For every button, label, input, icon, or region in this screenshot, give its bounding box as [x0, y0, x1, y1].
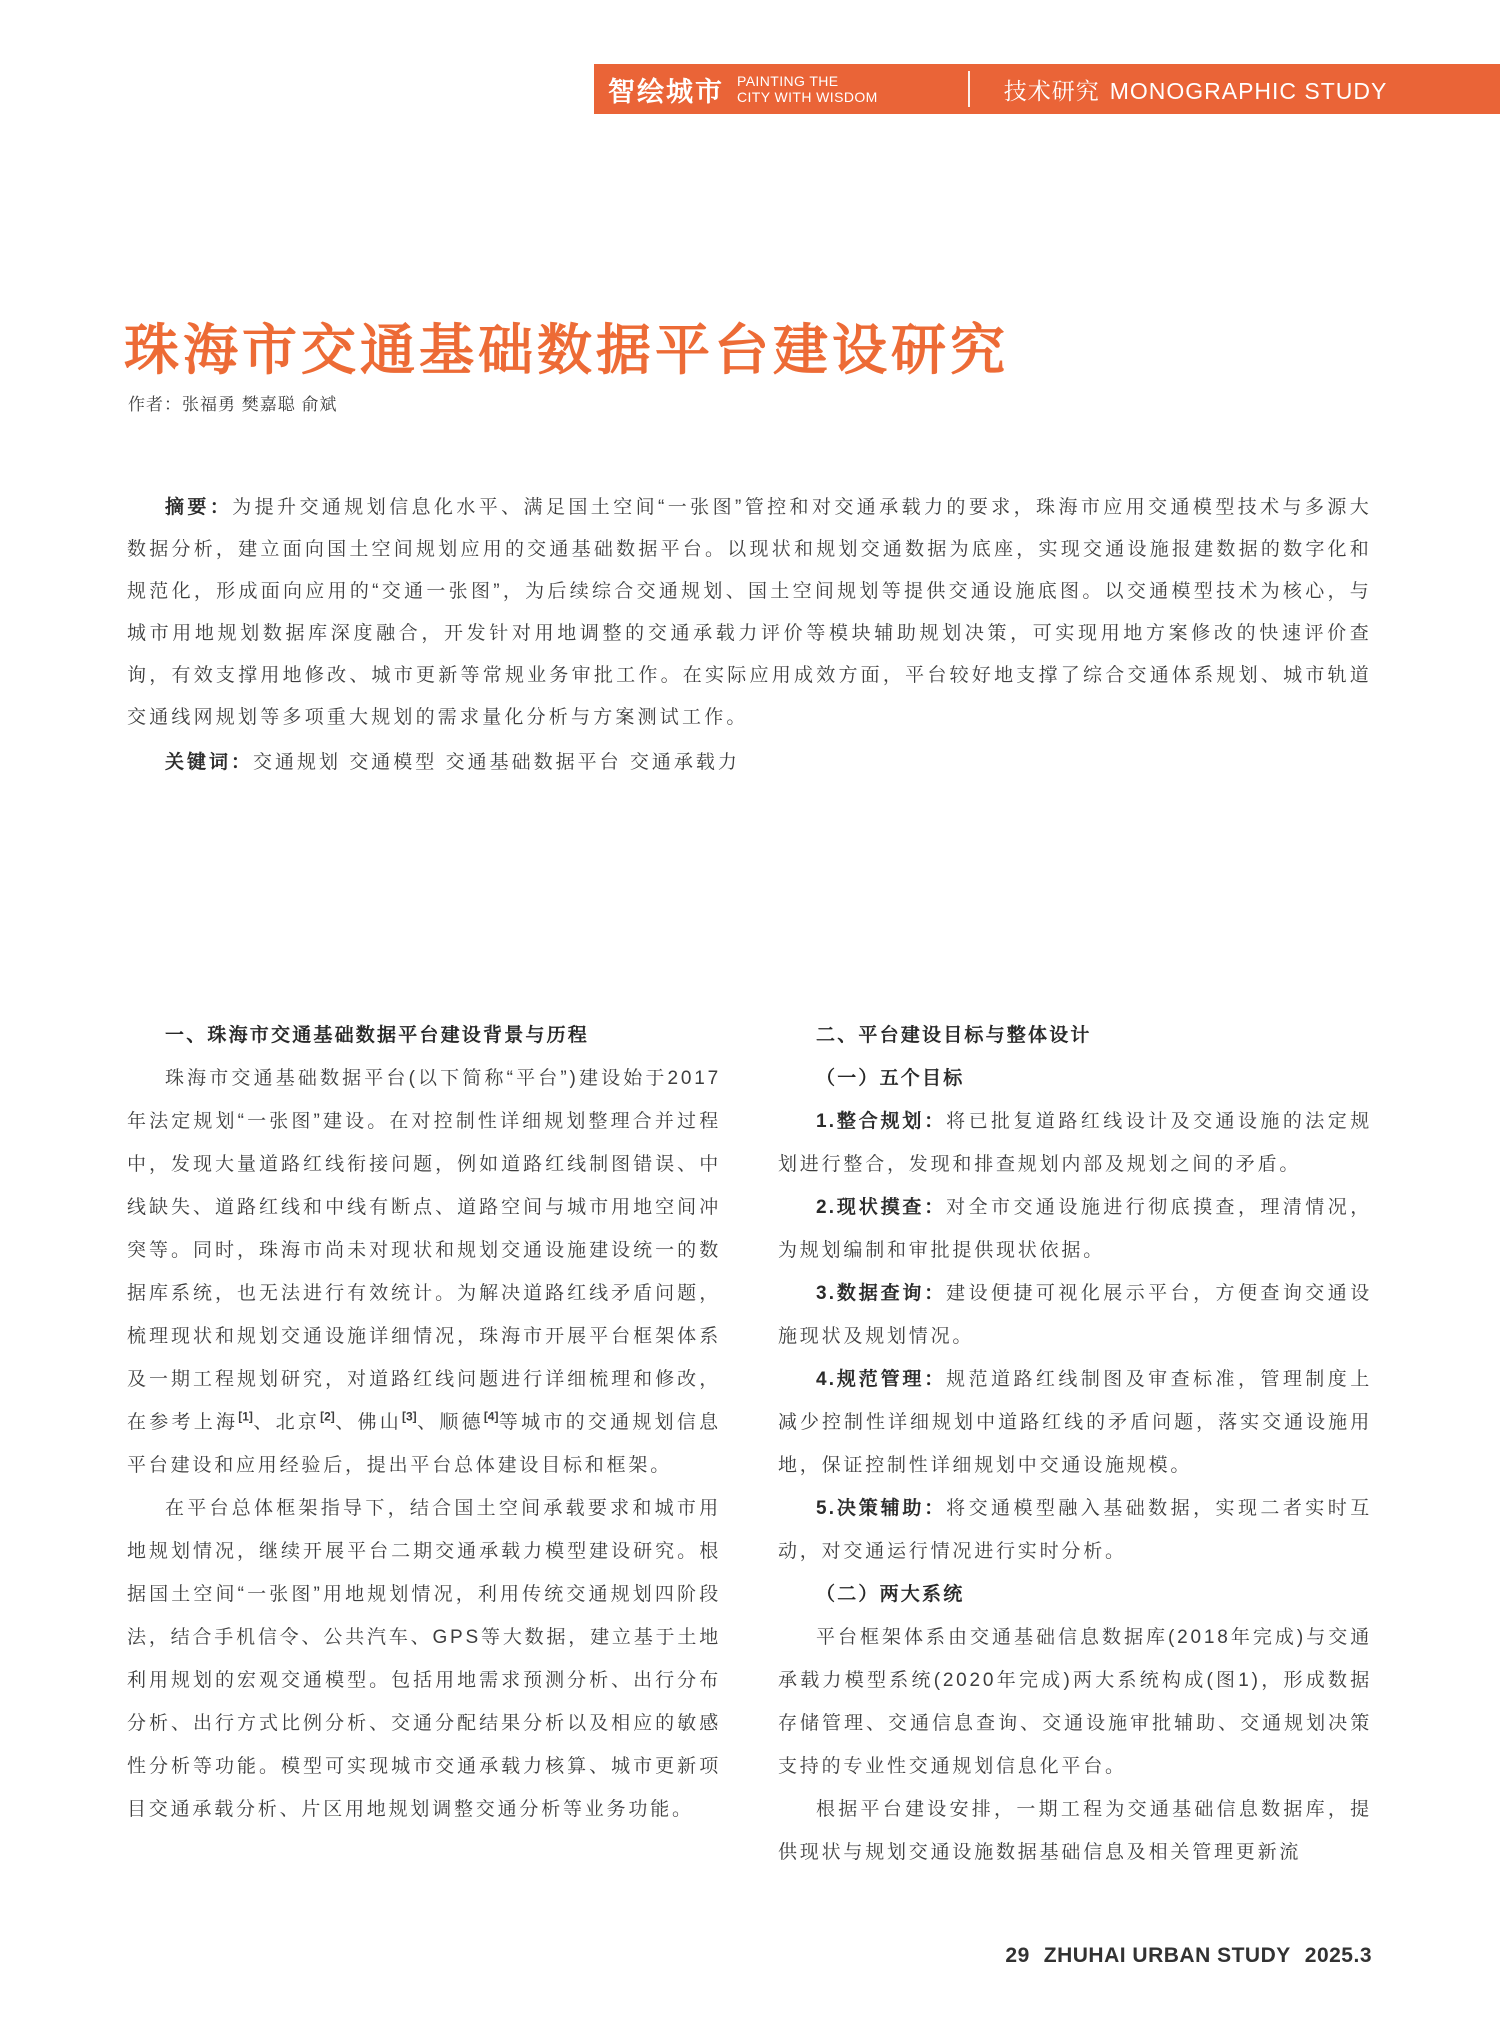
authors-names: 张福勇 樊嘉聪 俞斌 [182, 395, 337, 414]
section-1-paragraph-2: 在平台总体框架指导下，结合国土空间承载要求和城市用地规划情况，继续开展平台二期交… [127, 1487, 721, 1831]
banner-divider [968, 71, 970, 107]
goal-label: 4.规范管理： [816, 1369, 946, 1390]
section-2-heading: 二、平台建设目标与整体设计 [778, 1014, 1372, 1057]
goal-paragraph: 5.决策辅助：将交通模型融入基础数据，实现二者实时互动，对交通运行情况进行实时分… [778, 1487, 1372, 1573]
paragraph-text: 、顺德 [417, 1412, 484, 1433]
keywords-line: 关键词：交通规划 交通模型 交通基础数据平台 交通承载力 [127, 742, 1372, 784]
section-badge: 技术研究MONOGRAPHIC STUDY [1004, 73, 1388, 106]
goal-label: 1.整合规划： [816, 1111, 946, 1132]
goal-paragraph: 2.现状摸查：对全市交通设施进行彻底摸查，理清情况，为规划编制和审批提供现状依据… [778, 1186, 1372, 1272]
goal-paragraph: 4.规范管理：规范道路红线制图及审查标准，管理制度上减少控制性详细规划中道路红线… [778, 1358, 1372, 1487]
section-2-sub-2: （二）两大系统 [778, 1573, 1372, 1616]
section-badge-en: MONOGRAPHIC STUDY [1110, 78, 1388, 104]
right-column: 二、平台建设目标与整体设计 （一）五个目标 1.整合规划：将已批复道路红线设计及… [778, 1014, 1372, 1874]
paragraph-text: 珠海市交通基础数据平台(以下简称“平台”)建设始于2017年法定规划“一张图”建… [127, 1068, 721, 1433]
abstract-paragraph: 摘要：为提升交通规划信息化水平、满足国土空间“一张图”管控和对交通承载力的要求，… [127, 487, 1372, 739]
abstract-label: 摘要： [165, 497, 232, 518]
reference-superscript: [4] [484, 1410, 499, 1424]
paragraph-text: 、佛山 [335, 1412, 402, 1433]
left-column: 一、珠海市交通基础数据平台建设背景与历程 珠海市交通基础数据平台(以下简称“平台… [127, 1014, 721, 1831]
reference-superscript: [2] [320, 1410, 335, 1424]
section-2-paragraph-1: 平台框架体系由交通基础信息数据库(2018年完成)与交通承载力模型系统(2020… [778, 1616, 1372, 1788]
article-title: 珠海市交通基础数据平台建设研究 [124, 306, 1009, 385]
section-1-paragraph-1: 珠海市交通基础数据平台(以下简称“平台”)建设始于2017年法定规划“一张图”建… [127, 1057, 721, 1487]
goal-label: 2.现状摸查： [816, 1197, 946, 1218]
page-number: 29 [1005, 1944, 1029, 1967]
authors-label: 作者： [128, 395, 182, 414]
reference-superscript: [3] [402, 1410, 417, 1424]
section-2-paragraph-2: 根据平台建设安排，一期工程为交通基础信息数据库，提供现状与规划交通设施数据基础信… [778, 1788, 1372, 1874]
section-1-heading: 一、珠海市交通基础数据平台建设背景与历程 [127, 1014, 721, 1057]
keywords-label: 关键词： [165, 752, 253, 773]
goal-paragraph: 1.整合规划：将已批复道路红线设计及交通设施的法定规划进行整合，发现和排查规划内… [778, 1100, 1372, 1186]
brand-logo-cjk: 智绘城市 [608, 70, 724, 109]
goal-label: 3.数据查询： [816, 1283, 946, 1304]
reference-superscript: [1] [238, 1410, 253, 1424]
header-banner: 智绘城市 PAINTING THE CITY WITH WISDOM 技术研究M… [594, 64, 1500, 114]
section-badge-cjk: 技术研究 [1004, 78, 1100, 104]
brand-tagline-line1: PAINTING THE [737, 73, 839, 89]
brand-tagline: PAINTING THE CITY WITH WISDOM [737, 73, 878, 105]
abstract-text: 为提升交通规划信息化水平、满足国土空间“一张图”管控和对交通承载力的要求，珠海市… [127, 497, 1372, 728]
author-line: 作者：张福勇 樊嘉聪 俞斌 [128, 390, 337, 415]
issue-number: 2025.3 [1305, 1944, 1372, 1967]
goal-paragraph: 3.数据查询：建设便捷可视化展示平台，方便查询交通设施现状及规划情况。 [778, 1272, 1372, 1358]
goals-list: 1.整合规划：将已批复道路红线设计及交通设施的法定规划进行整合，发现和排查规划内… [778, 1100, 1372, 1573]
paragraph-text: 、北京 [253, 1412, 320, 1433]
section-2-sub-1: （一）五个目标 [778, 1057, 1372, 1100]
journal-name: ZHUHAI URBAN STUDY [1044, 1944, 1291, 1967]
goal-label: 5.决策辅助： [816, 1498, 946, 1519]
brand-tagline-line2: CITY WITH WISDOM [737, 89, 878, 105]
page-footer: 29ZHUHAI URBAN STUDY2025.3 [1005, 1944, 1372, 1968]
keywords-text: 交通规划 交通模型 交通基础数据平台 交通承载力 [253, 752, 740, 773]
